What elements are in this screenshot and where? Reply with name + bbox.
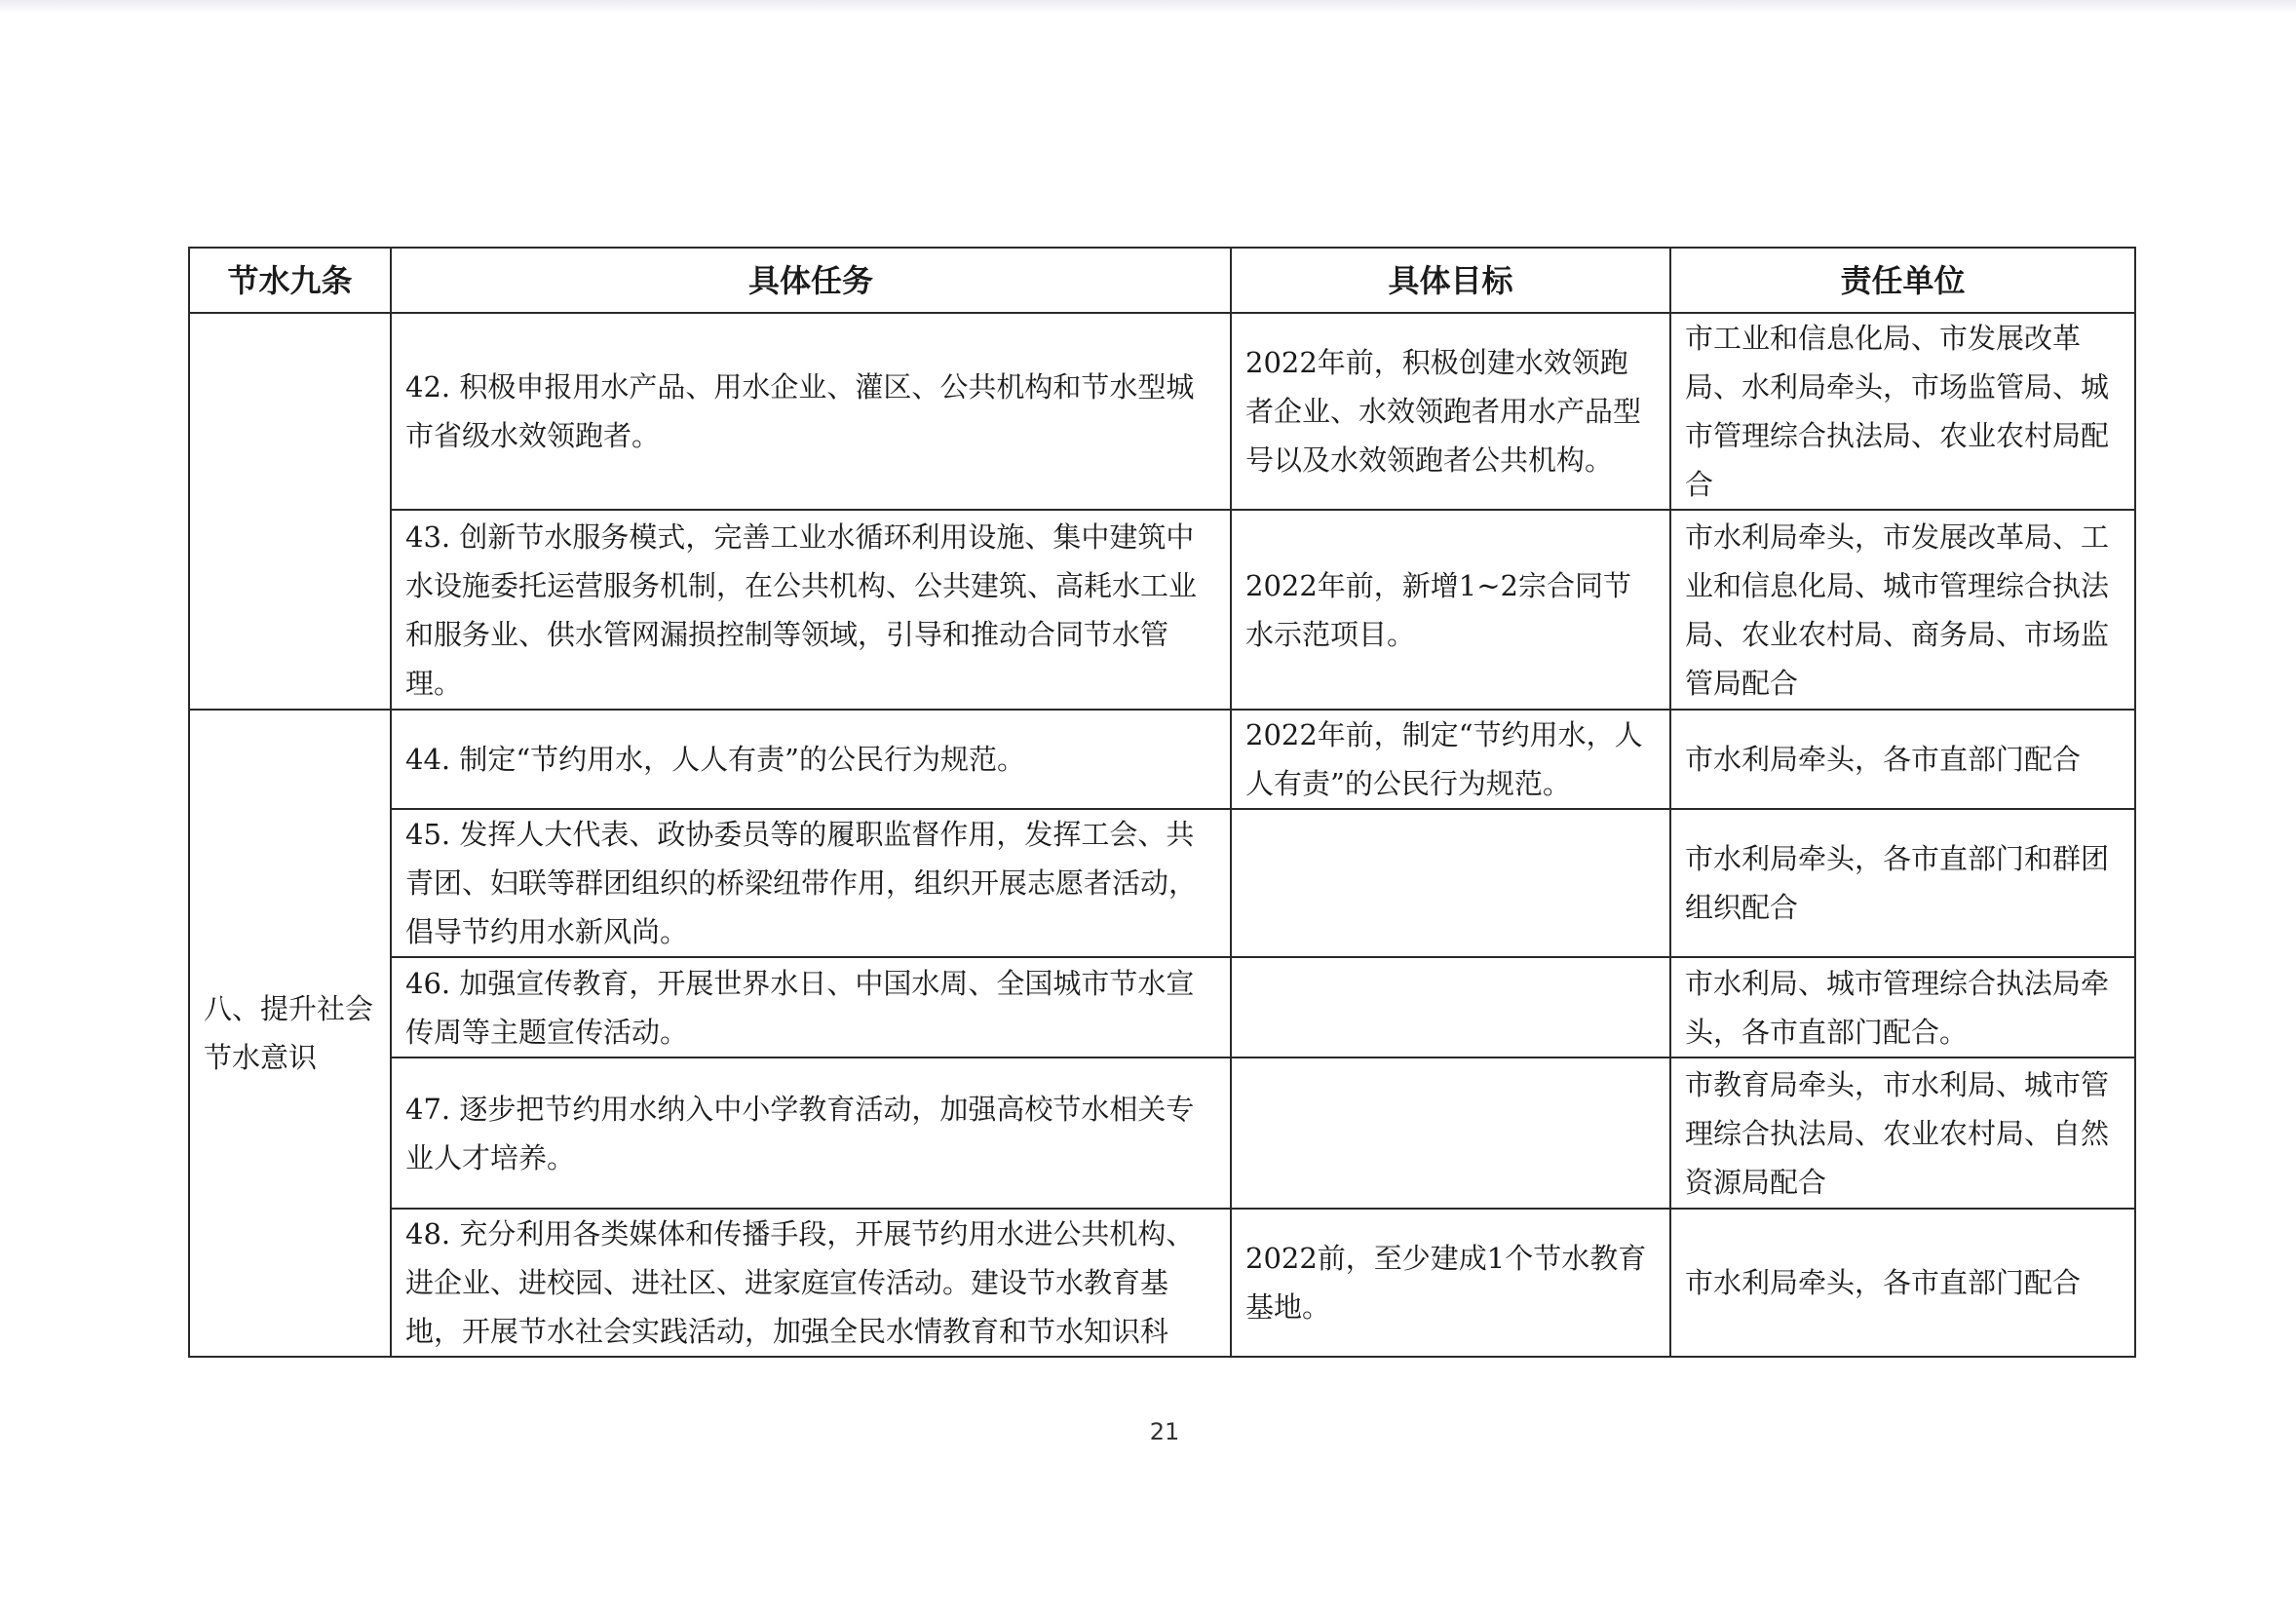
header-task: 具体任务 — [391, 248, 1231, 313]
target-cell — [1231, 809, 1670, 957]
target-cell: 2022前，至少建成1个节水教育基地。 — [1231, 1209, 1670, 1357]
table-row: 45. 发挥人大代表、政协委员等的履职监督作用，发挥工会、共青团、妇联等群团组织… — [189, 809, 2135, 957]
task-cell: 47. 逐步把节约用水纳入中小学教育活动，加强高校节水相关专业人才培养。 — [391, 1057, 1231, 1209]
header-unit: 责任单位 — [1670, 248, 2135, 313]
page-number: 21 — [1140, 1418, 1189, 1445]
table-header-row: 节水九条 具体任务 具体目标 责任单位 — [189, 248, 2135, 313]
target-cell — [1231, 957, 1670, 1057]
target-cell: 2022年前，积极创建水效领跑者企业、水效领跑者用水产品型号以及水效领跑者公共机… — [1231, 313, 1670, 510]
unit-cell: 市水利局、城市管理综合执法局牵头，各市直部门配合。 — [1670, 957, 2135, 1057]
table-row: 46. 加强宣传教育，开展世界水日、中国水周、全国城市节水宣传周等主题宣传活动。… — [189, 957, 2135, 1057]
scan-artifact — [0, 0, 2296, 14]
section-cell-prev — [189, 313, 391, 710]
table-row: 43. 创新节水服务模式，完善工业水循环利用设施、集中建筑中水设施委托运营服务机… — [189, 510, 2135, 710]
table-row: 48. 充分利用各类媒体和传播手段，开展节约用水进公共机构、进企业、进校园、进社… — [189, 1209, 2135, 1357]
unit-cell: 市教育局牵头，市水利局、城市管理综合执法局、农业农村局、自然资源局配合 — [1670, 1057, 2135, 1209]
task-cell: 42. 积极申报用水产品、用水企业、灌区、公共机构和节水型城市省级水效领跑者。 — [391, 313, 1231, 510]
target-cell: 2022年前，新增1~2宗合同节水示范项目。 — [1231, 510, 1670, 710]
target-cell: 2022年前，制定“节约用水，人人有责”的公民行为规范。 — [1231, 710, 1670, 809]
table-row: 八、提升社会节水意识 44. 制定“节约用水，人人有责”的公民行为规范。 202… — [189, 710, 2135, 809]
unit-cell: 市水利局牵头，市发展改革局、工业和信息化局、城市管理综合执法局、农业农村局、商务… — [1670, 510, 2135, 710]
header-target: 具体目标 — [1231, 248, 1670, 313]
task-cell: 45. 发挥人大代表、政协委员等的履职监督作用，发挥工会、共青团、妇联等群团组织… — [391, 809, 1231, 957]
task-table: 节水九条 具体任务 具体目标 责任单位 42. 积极申报用水产品、用水企业、灌区… — [188, 247, 2136, 1358]
target-cell — [1231, 1057, 1670, 1209]
header-category: 节水九条 — [189, 248, 391, 313]
task-cell: 43. 创新节水服务模式，完善工业水循环利用设施、集中建筑中水设施委托运营服务机… — [391, 510, 1231, 710]
unit-cell: 市水利局牵头，各市直部门配合 — [1670, 710, 2135, 809]
unit-cell: 市工业和信息化局、市发展改革局、水利局牵头，市场监管局、城市管理综合执法局、农业… — [1670, 313, 2135, 510]
unit-cell: 市水利局牵头，各市直部门配合 — [1670, 1209, 2135, 1357]
table-row: 42. 积极申报用水产品、用水企业、灌区、公共机构和节水型城市省级水效领跑者。 … — [189, 313, 2135, 510]
task-cell: 44. 制定“节约用水，人人有责”的公民行为规范。 — [391, 710, 1231, 809]
task-cell: 48. 充分利用各类媒体和传播手段，开展节约用水进公共机构、进企业、进校园、进社… — [391, 1209, 1231, 1357]
table-row: 47. 逐步把节约用水纳入中小学教育活动，加强高校节水相关专业人才培养。 市教育… — [189, 1057, 2135, 1209]
unit-cell: 市水利局牵头，各市直部门和群团组织配合 — [1670, 809, 2135, 957]
section-cell-8: 八、提升社会节水意识 — [189, 710, 391, 1357]
task-cell: 46. 加强宣传教育，开展世界水日、中国水周、全国城市节水宣传周等主题宣传活动。 — [391, 957, 1231, 1057]
